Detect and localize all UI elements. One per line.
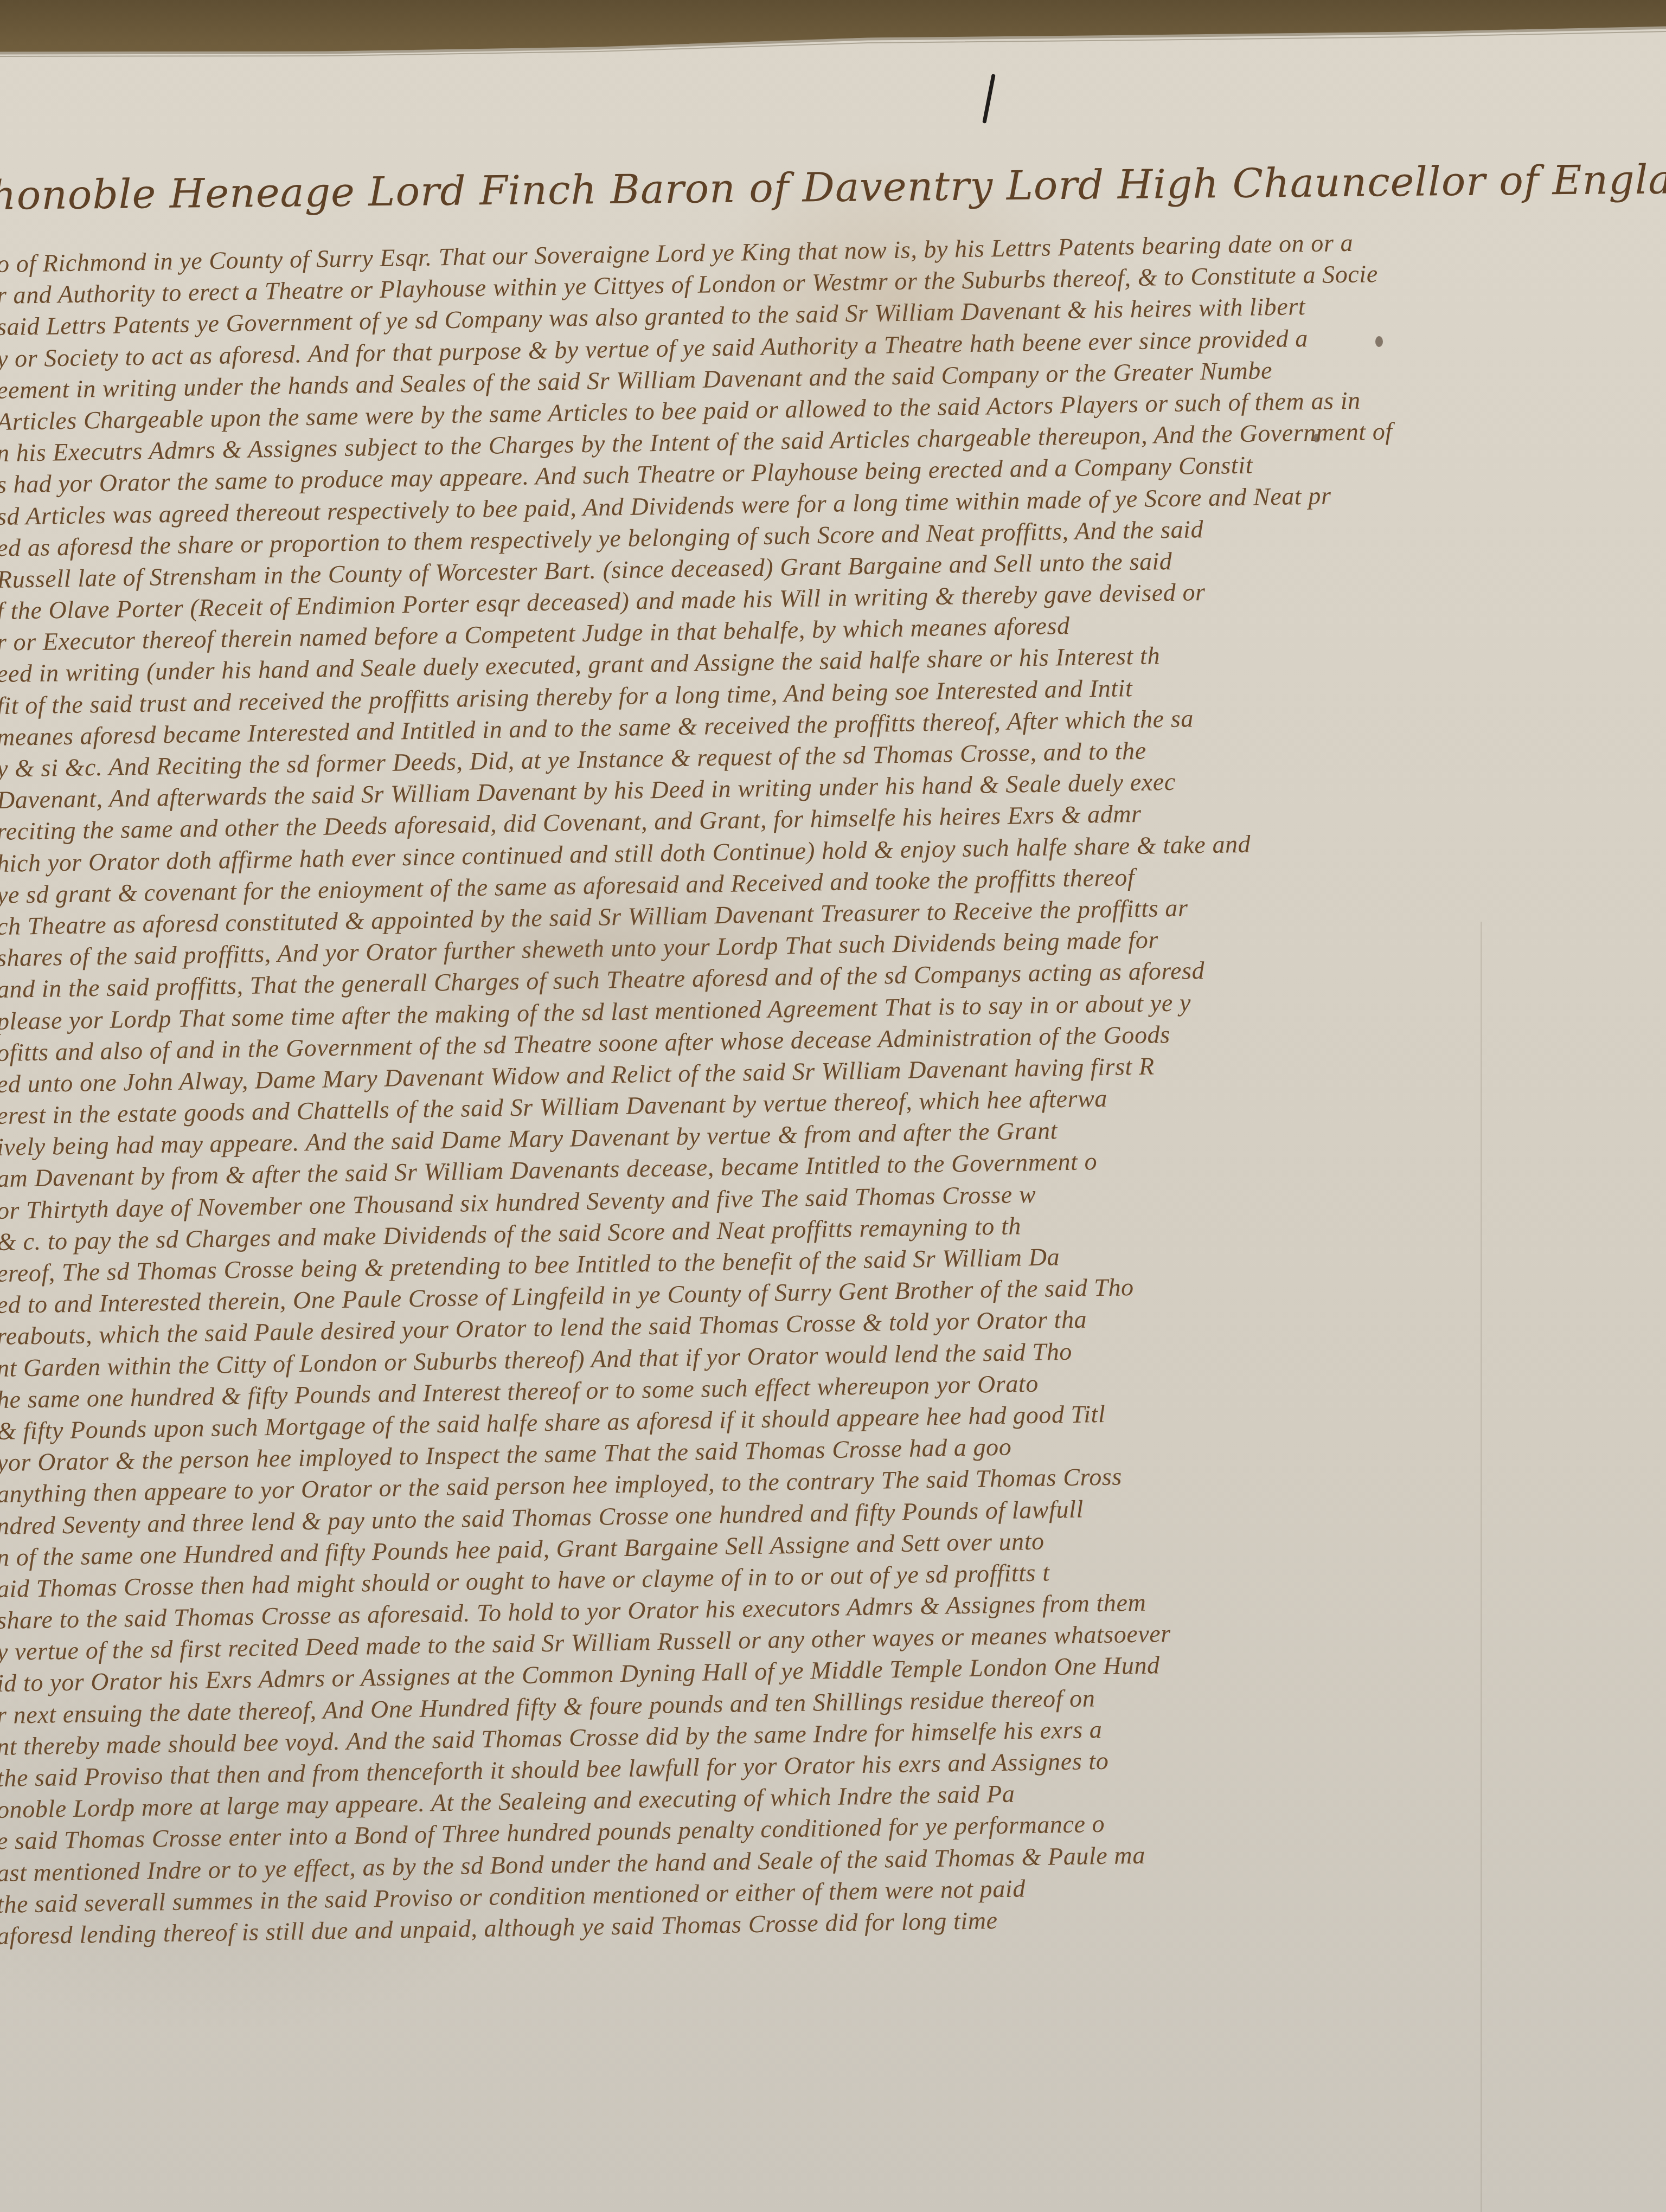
document-body: o of Richmond in ye County of Surry Esqr…: [0, 248, 1666, 1952]
